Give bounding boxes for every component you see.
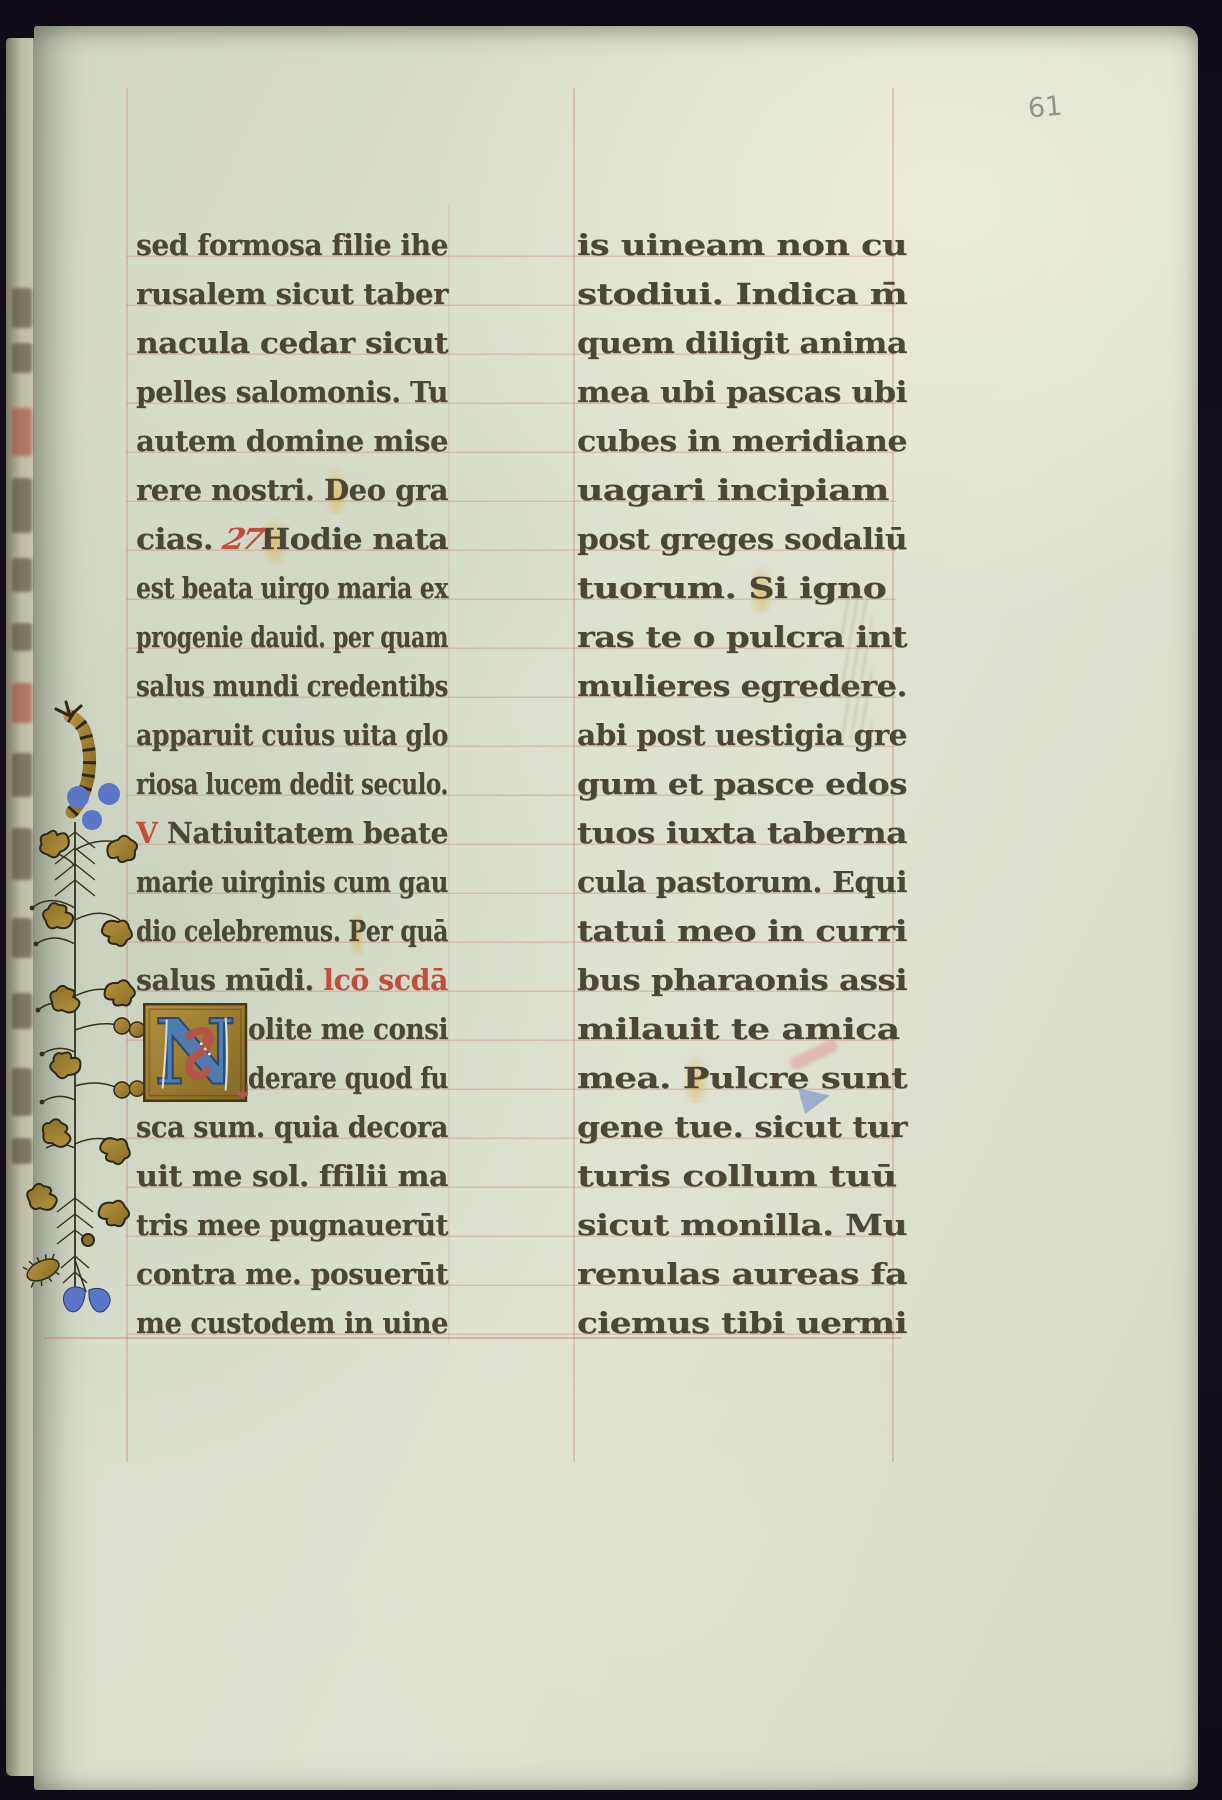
manuscript-text-line: autem domine mise <box>136 417 448 466</box>
body-text: derare quod fu <box>248 1061 448 1095</box>
manuscript-text-line: uagari incipiam <box>577 466 907 515</box>
body-text: quem diligit anima <box>577 326 907 360</box>
manuscript-text-line: rere nostri. Deo gra <box>136 466 448 515</box>
blue-flower <box>82 810 102 830</box>
manuscript-text-line: tatui meo in curri <box>577 907 907 956</box>
ghost-text-mark <box>12 478 32 533</box>
ghost-text-mark <box>12 343 32 373</box>
manuscript-text-line: mea ubi pascas ubi <box>577 368 907 417</box>
manuscript-text-line: mea. Pulcre sunt <box>577 1054 907 1103</box>
manuscript-text-line: me custodem in uine <box>136 1299 448 1348</box>
body-text: turis collum tuū <box>577 1159 897 1193</box>
body-text: salus mundi credentibs <box>136 669 448 703</box>
manuscript-text-line: ciemus tibi uermi <box>577 1299 907 1348</box>
manuscript-text-line: est beata uirgo maria ex <box>136 564 448 613</box>
manuscript-photo: 61 <box>0 0 1222 1800</box>
body-text: sca sum. quia decora <box>136 1110 448 1144</box>
body-text: cias. <box>136 522 223 556</box>
manuscript-text-line: olite me consi <box>248 1005 448 1054</box>
spiky-leaf <box>21 1250 65 1290</box>
ruling-vertical-line <box>573 88 575 1462</box>
manuscript-text-line: stodiui. Indica m̄ <box>577 270 907 319</box>
ghost-rubric-mark <box>12 408 32 456</box>
manuscript-text-line: V Natiuitatem beate <box>136 809 448 858</box>
body-text: progenie dauid. per quam <box>136 620 448 654</box>
body-text: autem domine mise <box>136 424 448 458</box>
manuscript-text-line: derare quod fu <box>248 1054 448 1103</box>
manuscript-text-line: pelles salomonis. Tu <box>136 368 448 417</box>
manuscript-text-line: sca sum. quia decora <box>136 1103 448 1152</box>
manuscript-text-line: salus mūdi. lcō scdā <box>136 956 448 1005</box>
body-text: P <box>348 907 365 956</box>
manuscript-text-line: salus mundi credentibs <box>136 662 448 711</box>
body-text: gene tue. sicut tur <box>577 1110 907 1144</box>
body-text: salus mūdi. <box>136 963 323 997</box>
body-text: tuos iuxta taberna <box>577 816 907 850</box>
manuscript-text-line: tris mee pugnauerūt <box>136 1201 448 1250</box>
body-text: olite me consi <box>248 1012 448 1046</box>
blue-flower <box>98 783 120 805</box>
body-text: est beata uirgo maria ex <box>136 571 448 605</box>
body-text: mea ubi pascas ubi <box>577 375 907 409</box>
rubric-text: lcō scdā <box>323 963 448 997</box>
body-text: uit me sol. ffilii ma <box>136 1159 448 1193</box>
body-text: stodiui. Indica m̄ <box>577 277 907 311</box>
body-text: sicut monilla. Mu <box>577 1208 907 1242</box>
body-text: milauit te amica <box>577 1012 899 1046</box>
manuscript-text-line: gene tue. sicut tur <box>577 1103 907 1152</box>
manuscript-text-line: sicut monilla. Mu <box>577 1201 907 1250</box>
folio-number: 61 <box>1027 91 1064 125</box>
body-text: me custodem in uine <box>136 1306 448 1340</box>
body-text: tatui meo in curri <box>577 914 907 948</box>
ghost-text-mark <box>12 288 32 328</box>
text-column-left: sed formosa filie iherusalem sicut taber… <box>136 221 448 1348</box>
body-text: er quā <box>366 914 448 948</box>
body-text: cula pastorum. Equi <box>577 865 907 899</box>
body-text: odie nata <box>290 522 448 556</box>
rubric-text: V <box>136 816 167 850</box>
body-text: uagari incipiam <box>577 473 889 507</box>
ghost-text-mark <box>12 558 32 592</box>
manuscript-text-line: contra me. posuerūt <box>136 1250 448 1299</box>
margin-showthrough <box>840 588 872 740</box>
manuscript-text-line: dio celebremus. Per quā <box>136 907 448 956</box>
manuscript-text-line: marie uirginis cum gau <box>136 858 448 907</box>
manuscript-text-line: apparuit cuius uita glo <box>136 711 448 760</box>
body-text: sed formosa filie ihe <box>136 228 448 262</box>
manuscript-text-line: cula pastorum. Equi <box>577 858 907 907</box>
manuscript-text-line: bus pharaonis assi <box>577 956 907 1005</box>
body-text: mea. <box>577 1061 683 1095</box>
manuscript-text-line: renulas aureas fa <box>577 1250 907 1299</box>
body-text: rusalem sicut taber <box>136 277 448 311</box>
manuscript-text-line: quem diligit anima <box>577 319 907 368</box>
manuscript-text-line: tuos iuxta taberna <box>577 809 907 858</box>
manuscript-text-line: nacula cedar sicut <box>136 319 448 368</box>
vine-artwork <box>12 700 142 1332</box>
body-text: gum et pasce edos <box>577 767 907 801</box>
body-text: dio celebremus. <box>136 914 348 948</box>
blue-flower <box>67 786 89 808</box>
body-text: tuorum. <box>577 571 748 605</box>
body-text: H <box>261 515 290 564</box>
gold-ring <box>82 1234 94 1246</box>
manuscript-text-line: is uineam non cu <box>577 221 907 270</box>
body-text: rere nostri. <box>136 473 324 507</box>
body-text: is uineam non cu <box>577 228 907 262</box>
text-column-right: is uineam non custodiui. Indica m̄quem d… <box>577 221 907 1348</box>
body-text: bus pharaonis assi <box>577 963 907 997</box>
body-text: P <box>683 1054 709 1103</box>
body-text: contra me. posuerūt <box>136 1257 448 1291</box>
body-text: apparuit cuius uita glo <box>136 718 448 752</box>
body-text: renulas aureas fa <box>577 1257 907 1291</box>
body-text: D <box>324 466 349 515</box>
body-text: post greges sodaliū <box>577 522 907 556</box>
border-vine-decoration <box>12 700 142 1332</box>
ghost-text-mark <box>12 623 32 651</box>
manuscript-text-line: uit me sol. ffilii ma <box>136 1152 448 1201</box>
body-text: marie uirginis cum gau <box>136 865 448 899</box>
manuscript-text-line: cias. 27 Hodie nata <box>136 515 448 564</box>
body-text: Natiuitatem beate <box>167 816 448 850</box>
body-text: S <box>748 564 774 613</box>
blue-petal <box>89 1288 110 1312</box>
body-text: cubes in meridiane <box>577 424 907 458</box>
manuscript-text-line: post greges sodaliū <box>577 515 907 564</box>
body-text: eo gra <box>349 473 448 507</box>
body-text: nacula cedar sicut <box>136 326 448 360</box>
manuscript-text-line: gum et pasce edos <box>577 760 907 809</box>
body-text: ulcre sunt <box>709 1061 907 1095</box>
body-text: ciemus tibi uermi <box>577 1306 907 1340</box>
body-text: riosa lucem dedit seculo. <box>136 767 448 801</box>
blue-petal <box>63 1287 85 1312</box>
ruling-vertical-line <box>448 205 450 1345</box>
manuscript-text-line: sed formosa filie ihe <box>136 221 448 270</box>
manuscript-text-line: cubes in meridiane <box>577 417 907 466</box>
manuscript-text-line: riosa lucem dedit seculo. <box>136 760 448 809</box>
manuscript-text-line: rusalem sicut taber <box>136 270 448 319</box>
manuscript-text-line: milauit te amica <box>577 1005 907 1054</box>
body-text: tris mee pugnauerūt <box>136 1208 448 1242</box>
manuscript-text-line: turis collum tuū <box>577 1152 907 1201</box>
body-text: pelles salomonis. Tu <box>136 375 448 409</box>
rubric-text: 27 <box>218 515 266 564</box>
manuscript-text-line: progenie dauid. per quam <box>136 613 448 662</box>
